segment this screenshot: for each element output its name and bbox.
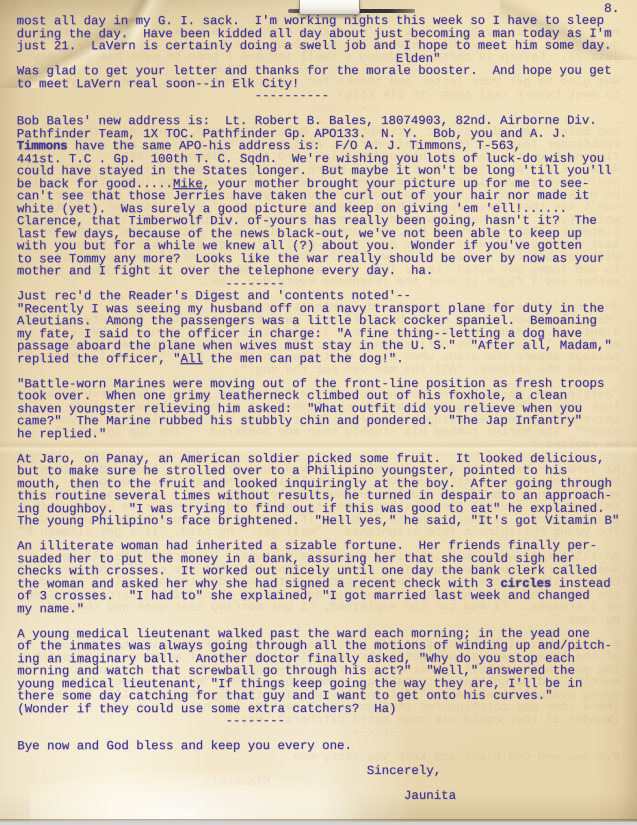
letter-line: replied the officer, "All the men can pa… xyxy=(17,352,623,365)
signoff-line: Sincerely, xyxy=(367,765,624,778)
letter-line: mother and I fight it over the telephone… xyxy=(17,265,623,278)
letter-line: of 3 crosses. "I had to" she explained, … xyxy=(17,590,623,603)
letter-text: most all day in my G. I. sack. I'm worki… xyxy=(17,15,624,803)
letter-line xyxy=(17,752,623,765)
letter-line: he replied." xyxy=(17,427,623,440)
letter-line xyxy=(17,777,623,790)
paper-tab xyxy=(299,0,360,15)
letter-page: most all day in my G. I. sack. I'm worki… xyxy=(0,0,637,825)
letter-line: just 21. LaVern is certainly doing a swe… xyxy=(17,40,623,53)
letter-line: came?" The Marine rubbed his stubbly chi… xyxy=(17,415,623,428)
letter-line: The young Philipino's face brightened. "… xyxy=(17,515,623,528)
letter-line: Bye now and God bless and keep you every… xyxy=(17,740,623,753)
letter-line: (Wonder if they could use some extra cat… xyxy=(17,702,623,715)
separator-line: -------- xyxy=(225,715,623,728)
separator-line: ---------- xyxy=(255,90,623,103)
letter-line: my name." xyxy=(17,602,623,615)
scan-bottom-edge xyxy=(0,819,637,825)
signature-jaunita: Jaunita xyxy=(404,790,623,803)
